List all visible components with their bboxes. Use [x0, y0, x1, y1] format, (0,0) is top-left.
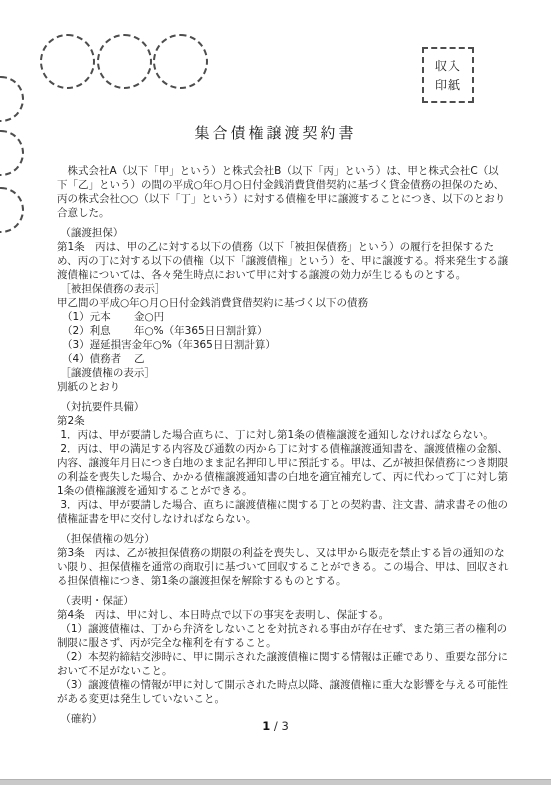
line-text: 第1条 丙は、甲の乙に対する以下の債務（以下「被担保債務」という）の履行を担保す… — [57, 241, 508, 281]
line-text: 株式会社A（以下「甲」という）と株式会社B（以下「丙」という）は、甲と株式会社C… — [57, 165, 505, 219]
debt-item-value: 金○円 — [134, 311, 164, 323]
document-line: 甲乙間の平成○年○月○日付金銭消費貸借契約に基づく以下の債務 — [57, 296, 509, 310]
document-line: （2）本契約締結交渉時に、甲に開示された譲渡債権に関する情報は正確であり、重要な… — [57, 650, 509, 678]
debt-item-label: （1）元本 — [62, 310, 134, 324]
contract-page: 収入 印紙 集合債権譲渡契約書 株式会社A（以下「甲」という）と株式会社B（以下… — [0, 0, 551, 785]
document-title: 集合債権譲渡契約書 — [0, 122, 551, 143]
debt-item-label: （2）利息 — [62, 324, 134, 338]
document-line: 別紙のとおり — [57, 380, 509, 394]
line-text: 3．丙は、甲が要請した場合、直ちに譲渡債権に関する丁との契約書、注文書、請求書そ… — [57, 499, 508, 525]
line-text: （担保債権の処分） — [57, 533, 155, 545]
line-text: ［被担保債務の表示］ — [57, 283, 165, 295]
document-body: 株式会社A（以下「甲」という）と株式会社B（以下「丙」という）は、甲と株式会社C… — [57, 164, 509, 726]
binding-seal-mark — [0, 76, 24, 122]
line-text: 第4条 丙は、甲に対し、本日時点で以下の事実を表明し、保証する。 — [57, 609, 389, 621]
debt-item-value: 年○%（年365日日割計算） — [134, 325, 268, 337]
document-line: （担保債権の処分） — [57, 532, 509, 546]
document-line: 1．丙は、甲が要請した場合直ちに、丁に対し第1条の債権譲渡を通知しなければならな… — [57, 428, 509, 442]
page-number: 1 / 3 — [0, 719, 551, 733]
line-text: 甲乙間の平成○年○月○日付金銭消費貸借契約に基づく以下の債務 — [57, 297, 368, 309]
document-line: ［被担保債務の表示］ — [57, 282, 509, 296]
document-line: 第4条 丙は、甲に対し、本日時点で以下の事実を表明し、保証する。 — [57, 608, 509, 622]
document-line: （3）譲渡債権の情報が甲に対して開示された時点以降、譲渡債権に重大な影響を与える… — [57, 678, 509, 706]
binding-seal-mark — [0, 187, 24, 233]
document-line: （3）遅延損害金年○%（年365日日割計算） — [57, 338, 509, 352]
revenue-stamp-line2: 印紙 — [435, 79, 461, 91]
document-line: 第3条 丙は、乙が被担保債務の期限の利益を喪失し、又は甲から販売を禁止する旨の通… — [57, 546, 509, 588]
debt-item-value: 年○%（年365日日割計算） — [142, 339, 276, 351]
page-number-separator: / — [270, 719, 281, 733]
document-line: 株式会社A（以下「甲」という）と株式会社B（以下「丙」という）は、甲と株式会社C… — [57, 164, 509, 220]
seal-placeholder-circle — [40, 34, 95, 89]
seal-placeholder-circle — [153, 34, 208, 89]
page-number-total: 3 — [281, 719, 288, 733]
line-text: 第3条 丙は、乙が被担保債務の期限の利益を喪失し、又は甲から販売を禁止する旨の通… — [57, 547, 509, 587]
line-text: （表明・保証） — [57, 595, 134, 607]
document-line: （2）利息年○%（年365日日割計算） — [57, 324, 509, 338]
revenue-stamp-box: 収入 印紙 — [422, 47, 474, 103]
line-text: 1．丙は、甲が要請した場合直ちに、丁に対し第1条の債権譲渡を通知しなければならな… — [57, 429, 494, 441]
document-line: 2．丙は、甲の満足する内容及び通数の丙から丁に対する債権譲渡通知書を、譲渡債権の… — [57, 442, 509, 498]
seal-placeholder-circle — [97, 34, 152, 89]
revenue-stamp-line1: 収入 — [435, 60, 461, 72]
debt-item-label: （3）遅延損害金 — [62, 338, 142, 352]
page-bottom-edge — [0, 779, 551, 785]
line-text: （3）譲渡債権の情報が甲に対して開示された時点以降、譲渡債権に重大な影響を与える… — [57, 679, 508, 705]
document-line: ［譲渡債権の表示］ — [57, 366, 509, 380]
debt-item-label: （4）債務者 — [62, 352, 134, 366]
document-line: （表明・保証） — [57, 594, 509, 608]
document-line: （1）譲渡債権は、丁から弁済をしないことを対抗される事由が存在せず、また第三者の… — [57, 622, 509, 650]
line-text: （1）譲渡債権は、丁から弁済をしないことを対抗される事由が存在せず、また第三者の… — [57, 623, 507, 649]
line-text: 2．丙は、甲の満足する内容及び通数の丙から丁に対する債権譲渡通知書を、譲渡債権の… — [57, 443, 508, 497]
document-line: 3．丙は、甲が要請した場合、直ちに譲渡債権に関する丁との契約書、注文書、請求書そ… — [57, 498, 509, 526]
line-text: ［譲渡債権の表示］ — [57, 367, 155, 379]
document-line: 第2条 — [57, 414, 509, 428]
line-text: 別紙のとおり — [57, 381, 120, 393]
line-text: （譲渡担保） — [57, 227, 123, 239]
line-text: （対抗要件具備） — [57, 401, 144, 413]
line-text: 第2条 — [57, 415, 85, 427]
debt-item-value: 乙 — [134, 353, 145, 365]
document-line: （4）債務者乙 — [57, 352, 509, 366]
line-text: （2）本契約締結交渉時に、甲に開示された譲渡債権に関する情報は正確であり、重要な… — [57, 651, 508, 677]
document-line: 第1条 丙は、甲の乙に対する以下の債務（以下「被担保債務」という）の履行を担保す… — [57, 240, 509, 282]
document-line: （1）元本金○円 — [57, 310, 509, 324]
document-line: （譲渡担保） — [57, 226, 509, 240]
document-line: （対抗要件具備） — [57, 400, 509, 414]
